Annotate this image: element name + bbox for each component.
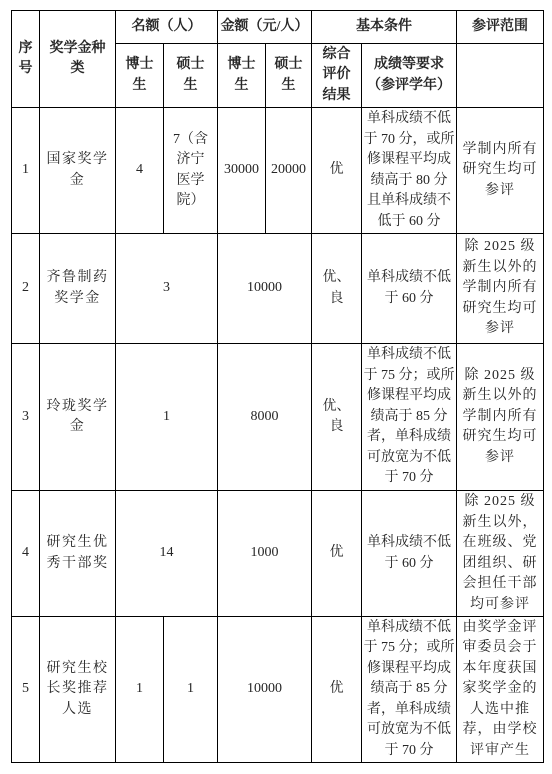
cell-scholarship-name: 玲珑奖学 金 <box>40 344 116 491</box>
cell-grade-requirement: 单科成绩不低 于 60 分 <box>362 234 457 344</box>
cell-serial: 2 <box>12 234 40 344</box>
header-scope-empty-cell <box>457 44 544 108</box>
cell-amount-merged: 8000 <box>218 344 312 491</box>
header-amount-phd: 博士 生 <box>218 44 266 108</box>
scholarship-table: 序 号 奖学金种 类 名额（人） 金额（元/人） 基本条件 参评范围 博士 生 … <box>11 10 544 763</box>
header-amount-group: 金额（元/人） <box>218 11 312 44</box>
header-amount-master: 硕士 生 <box>266 44 312 108</box>
cell-quota-master: 7（含 济宁 医学 院） <box>164 108 218 234</box>
cell-quota-phd: 4 <box>116 108 164 234</box>
cell-scholarship-name: 研究生校 长奖推荐 人选 <box>40 617 116 763</box>
cell-quota-merged: 14 <box>116 491 218 617</box>
cell-scholarship-name: 齐鲁制药 奖学金 <box>40 234 116 344</box>
header-eval-result: 综合 评价 结果 <box>312 44 362 108</box>
cell-scope: 除 2025 级 新生以外， 在班级、党 团组织、研 会担任干部 均可参评 <box>457 491 544 617</box>
cell-serial: 4 <box>12 491 40 617</box>
cell-eval-result: 优、 良 <box>312 234 362 344</box>
cell-scholarship-name: 研究生优 秀干部奖 <box>40 491 116 617</box>
cell-eval-result: 优 <box>312 491 362 617</box>
cell-serial: 5 <box>12 617 40 763</box>
table-row: 4 研究生优 秀干部奖 14 1000 优 单科成绩不低 于 60 分 除 20… <box>12 491 544 617</box>
table-row: 2 齐鲁制药 奖学金 3 10000 优、 良 单科成绩不低 于 60 分 除 … <box>12 234 544 344</box>
header-quota-phd: 博士 生 <box>116 44 164 108</box>
cell-amount-merged: 10000 <box>218 234 312 344</box>
cell-quota-master: 1 <box>164 617 218 763</box>
cell-grade-requirement: 单科成绩不低 于 75 分；或所 修课程平均成 绩高于 85 分 者，单科成绩 … <box>362 344 457 491</box>
cell-serial: 3 <box>12 344 40 491</box>
cell-serial: 1 <box>12 108 40 234</box>
cell-scope: 除 2025 级 新生以外的 学制内所有 研究生均可 参评 <box>457 344 544 491</box>
cell-scope: 除 2025 级 新生以外的 学制内所有 研究生均可 参评 <box>457 234 544 344</box>
cell-grade-requirement: 单科成绩不低 于 60 分 <box>362 491 457 617</box>
cell-scope: 由奖学金评 审委员会于 本年度获国 家奖学金的 人选中推 荐，由学校 评审产生 <box>457 617 544 763</box>
cell-amount-master: 20000 <box>266 108 312 234</box>
header-grade-req: 成绩等要求 （参评学年） <box>362 44 457 108</box>
header-row-groups: 序 号 奖学金种 类 名额（人） 金额（元/人） 基本条件 参评范围 <box>12 11 544 44</box>
cell-amount-merged: 1000 <box>218 491 312 617</box>
cell-amount-phd: 30000 <box>218 108 266 234</box>
cell-eval-result: 优、 良 <box>312 344 362 491</box>
header-scope: 参评范围 <box>457 11 544 44</box>
header-quota-master: 硕士 生 <box>164 44 218 108</box>
cell-eval-result: 优 <box>312 108 362 234</box>
table-row: 5 研究生校 长奖推荐 人选 1 1 10000 优 单科成绩不低 于 75 分… <box>12 617 544 763</box>
table-row: 1 国家奖学 金 4 7（含 济宁 医学 院） 30000 20000 优 单科… <box>12 108 544 234</box>
cell-amount-merged: 10000 <box>218 617 312 763</box>
header-basic-group: 基本条件 <box>312 11 457 44</box>
header-category: 奖学金种 类 <box>40 11 116 108</box>
table-row: 3 玲珑奖学 金 1 8000 优、 良 单科成绩不低 于 75 分；或所 修课… <box>12 344 544 491</box>
cell-grade-requirement: 单科成绩不低 于 75 分；或所 修课程平均成 绩高于 85 分 者，单科成绩 … <box>362 617 457 763</box>
cell-scope: 学制内所有 研究生均可 参评 <box>457 108 544 234</box>
cell-quota-phd: 1 <box>116 617 164 763</box>
cell-quota-merged: 1 <box>116 344 218 491</box>
cell-scholarship-name: 国家奖学 金 <box>40 108 116 234</box>
cell-eval-result: 优 <box>312 617 362 763</box>
header-quota-group: 名额（人） <box>116 11 218 44</box>
cell-quota-merged: 3 <box>116 234 218 344</box>
cell-grade-requirement: 单科成绩不低 于 70 分，或所 修课程平均成 绩高于 80 分 且单科成绩不 … <box>362 108 457 234</box>
header-serial: 序 号 <box>12 11 40 108</box>
